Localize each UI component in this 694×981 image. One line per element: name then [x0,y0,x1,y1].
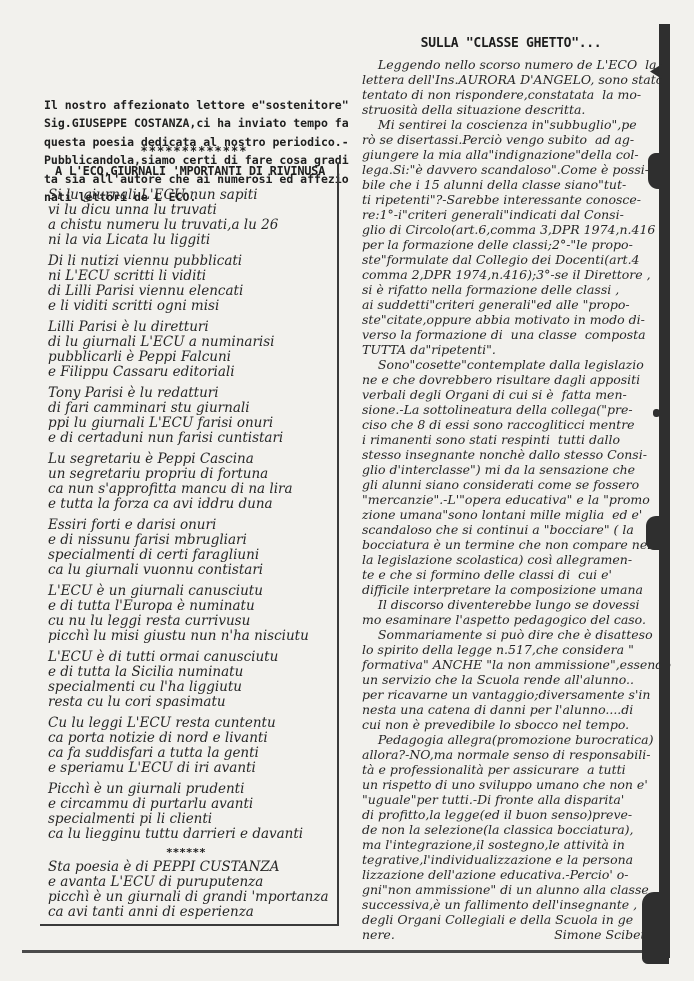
article-line: mo esaminare l'aspetto pedagogico del ca… [362,612,662,627]
poem-line: specialmenti pi li clienti [48,812,340,827]
poem-line: ca lu liegginu tuttu darrieri e davanti [48,827,340,842]
poem-final-stanza: Sta poesia è di PEPPI CUSTANZAe avanta L… [48,860,340,920]
article-line: verbali degli Organi di cui si è fatta m… [362,387,662,402]
poem-line: di lu giurnali L'ECU a numinarisi [48,335,340,350]
article-line: degli Organi Collegiali e della Scuola i… [362,912,662,927]
article-line: i rimanenti sono stati respinti tutti da… [362,432,662,447]
article-line: "mercanzie".-L'"opera educativa" e la "p… [362,492,662,507]
article-line: "uguale"per tutti.-Di fronte alla dispar… [362,792,662,807]
poem-line: e speriamu L'ECU di iri avanti [48,761,340,776]
poem-line: ni la via Licata lu liggiti [48,233,340,248]
poem-stanza: Si lu giurnali L'ECU nun sapitivi lu dic… [48,188,340,248]
article-line: ciso che 8 di essi sono raccogliticci me… [362,417,662,432]
poem-line: e tutta la forza ca avi iddru duna [48,497,340,512]
poem-stanza: Tony Parisi è lu redatturidi fari cammin… [48,386,340,446]
article-line: ne e che dovrebbero risultare dagli appo… [362,372,662,387]
intro-line: Sig.GIUSEPPE COSTANZA,ci ha inviato temp… [44,114,362,133]
intro-line: Il nostro affezionato lettore e"sostenit… [44,96,362,115]
poem-line: L'ECU è di tutti ormai canusciutu [48,650,340,665]
article-line: un rispetto di uno sviluppo umano che no… [362,777,662,792]
poem-stanza: Di li nutizi viennu pubblicatini L'ECU s… [48,254,340,314]
poem-line: di fari camminari stu giurnali [48,401,340,416]
poem-body: Si lu giurnali L'ECU nun sapitivi lu dic… [48,188,340,926]
poem-line: Picchì è un giurnali prudenti [48,782,340,797]
poem-line: Tony Parisi è lu redatturi [48,386,340,401]
article-line: Sommariamente si può dire che è disattes… [362,627,662,642]
poem-line: Lilli Parisi è lu diretturi [48,320,340,335]
article-line: glio d'interclasse") mi da la sensazione… [362,462,662,477]
article-line: Pedagogia allegra(promozione burocratica… [362,732,662,747]
scanned-newsletter-page: Il nostro affezionato lettore e"sostenit… [0,0,694,981]
article-line: lizzazione dell'azione educativa.-Percio… [362,867,662,882]
poem-line: e di tutta l'Europa è numinatu [48,599,340,614]
poem-line: e di certaduni nun farisi cuntistari [48,431,340,446]
article-line: allora?-NO,ma normale senso di responsab… [362,747,662,762]
article-line: nesta una catena di danni per l'alunno..… [362,702,662,717]
article-line: Leggendo nello scorso numero de L'ECO la [362,57,662,72]
article-lines: Leggendo nello scorso numero de L'ECO la… [362,57,662,927]
poem-line: Cu lu leggi L'ECU resta cuntentu [48,716,340,731]
poem-line: picchì lu misi giustu nun n'ha nisciutu [48,629,340,644]
poem-line: cu nu lu leggi resta currivusu [48,614,340,629]
poem-line: e avanta L'ECU di puruputenza [48,875,340,890]
poem-line: e di tutta la Sicilia numinatu [48,665,340,680]
scan-blob-mid [646,516,668,550]
article-last-word: nere. [362,927,395,942]
article-body: Leggendo nello scorso numero de L'ECO la… [362,57,662,942]
article-line: cui non è prevedibile lo sbocco nel temp… [362,717,662,732]
article-line: gli alunni siano considerati come se fos… [362,477,662,492]
article-line: un servizio che la Scuola rende all'alun… [362,672,662,687]
article-line: bocciatura è un termine che non compare … [362,537,662,552]
article-line: ste"citate,oppure abbia motivato in modo… [362,312,662,327]
poem-line: picchì è un giurnali di grandi 'mportanz… [48,890,340,905]
poem-stanza: Essiri forti e darisi onurie di nissunu … [48,518,340,578]
article-line: TUTTA da"ripetenti". [362,342,662,357]
poem-line: ppi lu giurnali L'ECU farisi onuri [48,416,340,431]
poem-line: ca nun s'approfitta mancu di na lira [48,482,340,497]
poem-line: Di li nutizi viennu pubblicati [48,254,340,269]
scan-blob-bottom [642,892,669,964]
poem-line: ca porta notizie di nord e livanti [48,731,340,746]
poem-line: Lu segretariu è Peppi Cascina [48,452,340,467]
article-line: ma l'integrazione,il sostegno,le attivit… [362,837,662,852]
scan-blob-upper [648,153,668,189]
poem-line: e Filippu Cassaru editoriali [48,365,340,380]
article-line: zione umana"sono lontani mille miglia ed… [362,507,662,522]
article-line: lo spirito della legge n.517,che conside… [362,642,662,657]
article-line: per ricavarne un vantaggio;diversamente … [362,687,662,702]
article-line: tegrative,l'individualizzazione e la per… [362,852,662,867]
poem-line: a chistu numeru lu truvati,a lu 26 [48,218,340,233]
article-line: ai suddetti"criteri generali"ed alle "pr… [362,297,662,312]
poem-line: e di nissunu farisi mbrugliari [48,533,340,548]
poem-line: ca fa suddisfari a tutta la genti [48,746,340,761]
article-line: stesso insegnante nonchè dallo stesso Co… [362,447,662,462]
intro-paragraph: Il nostro affezionato lettore e"sostenit… [44,40,362,207]
poem-stanza: Picchì è un giurnali prudentie circammu … [48,782,340,842]
poem-line: specialmenti di certi faragliuni [48,548,340,563]
poem-line: pubblicarli è Peppi Falcuni [48,350,340,365]
poem-stanza: Lilli Parisi è lu diretturidi lu giurnal… [48,320,340,380]
poem-line: e circammu di purtarlu avanti [48,797,340,812]
article-line: successiva,è un fallimento dell'insegnan… [362,897,662,912]
poem-line: L'ECU è un giurnali canusciutu [48,584,340,599]
article-line: comma 2,DPR 1974,n.416);3°-se il Diretto… [362,267,662,282]
article-line: de non la selezione(la classica bocciatu… [362,822,662,837]
poem-line: ca avi tanti anni di esperienza [48,905,340,920]
article-line: per la formazione delle classi;2°-"le pr… [362,237,662,252]
poem-line: ca lu giurnali vuonnu contistari [48,563,340,578]
poem-stanza: L'ECU è un giurnali canusciutue di tutta… [48,584,340,644]
article-line: re:1°-i"criteri generali"indicati dal Co… [362,207,662,222]
article-line: scandaloso che si continui a "bocciare" … [362,522,662,537]
poem-line: di Lilli Parisi viennu elencati [48,284,340,299]
article-line: di profitto,la legge(ed il buon senso)pr… [362,807,662,822]
article-line: ste"formulate dal Collegio dei Docenti(a… [362,252,662,267]
article-line: rò se disertassi.Perciò vengo subito ad … [362,132,662,147]
article-line: giungere la mia alla"indignazione"della … [362,147,662,162]
poem-line: specialmenti cu l'ha liggiutu [48,680,340,695]
article-line: tentato di non rispondere,constatata la … [362,87,662,102]
poem-line: Essiri forti e darisi onuri [48,518,340,533]
page-bottom-rule [22,950,658,953]
poem-line: e li viditi scritti ogni misi [48,299,340,314]
poem-title: A L'ECO,GIURNALI 'MPORTANTI DI RIVINUSA [40,164,340,178]
stars-separator: ************* [44,144,344,158]
poem-box-bottom-border [40,924,339,926]
article-line: lettera dell'Ins.AURORA D'ANGELO, sono s… [362,72,662,87]
article-title: SULLA "CLASSE GHETTO"... [362,36,660,51]
poem-stanza: Lu segretariu è Peppi Cascinaun segretar… [48,452,340,512]
poem-line: resta cu lu cori spasimatu [48,695,340,710]
article-line: lega.Si:"è davvero scandaloso".Come è po… [362,162,662,177]
poem-line: Sta poesia è di PEPPI CUSTANZA [48,860,340,875]
article-line: Il discorso diventerebbe lungo se dovess… [362,597,662,612]
article-line: te e che si formino delle classi di cui … [362,567,662,582]
article-line: sione.-La sottolineatura della collega("… [362,402,662,417]
article-line: ti ripetenti"?-Sarebbe interessante cono… [362,192,662,207]
poem-line: ni L'ECU scritti li viditi [48,269,340,284]
article-line: la legislazione scolastica) così allegra… [362,552,662,567]
poem-stars-separator: ****** [166,848,340,858]
poem-stanza: L'ECU è di tutti ormai canusciutue di tu… [48,650,340,710]
article-line: verso la formazione di una classe compos… [362,327,662,342]
poem-box-right-border [337,163,339,926]
article-line: formativa" ANCHE "la non ammissione",ess… [362,657,662,672]
article-line: struosità della situazione descritta. [362,102,662,117]
poem-stanzas: Si lu giurnali L'ECU nun sapitivi lu dic… [48,188,340,842]
poem-line: vi lu dicu unna lu truvati [48,203,340,218]
article-line: Sono"cosette"contemplate dalla legislazi… [362,357,662,372]
article-line: Mi sentirei la coscienza in"subbuglio",p… [362,117,662,132]
article-last-line: nere. Simone Scibetta [362,927,662,942]
scan-blob-tick [653,409,660,417]
article-line: difficile interpretare la composizione u… [362,582,662,597]
article-line: gni"non ammissione" di un alunno alla cl… [362,882,662,897]
poem-line: Si lu giurnali L'ECU nun sapiti [48,188,340,203]
article-line: si è rifatto nella formazione delle clas… [362,282,662,297]
article-line: glio di Circolo(art.6,comma 3,DPR 1974,n… [362,222,662,237]
poem-line: un segretariu propriu di fortuna [48,467,340,482]
poem-stanza: Cu lu leggi L'ECU resta cuntentuca porta… [48,716,340,776]
article-line: bile che i 15 alunni della classe siano"… [362,177,662,192]
article-line: tà e professionalità per assicurare a tu… [362,762,662,777]
